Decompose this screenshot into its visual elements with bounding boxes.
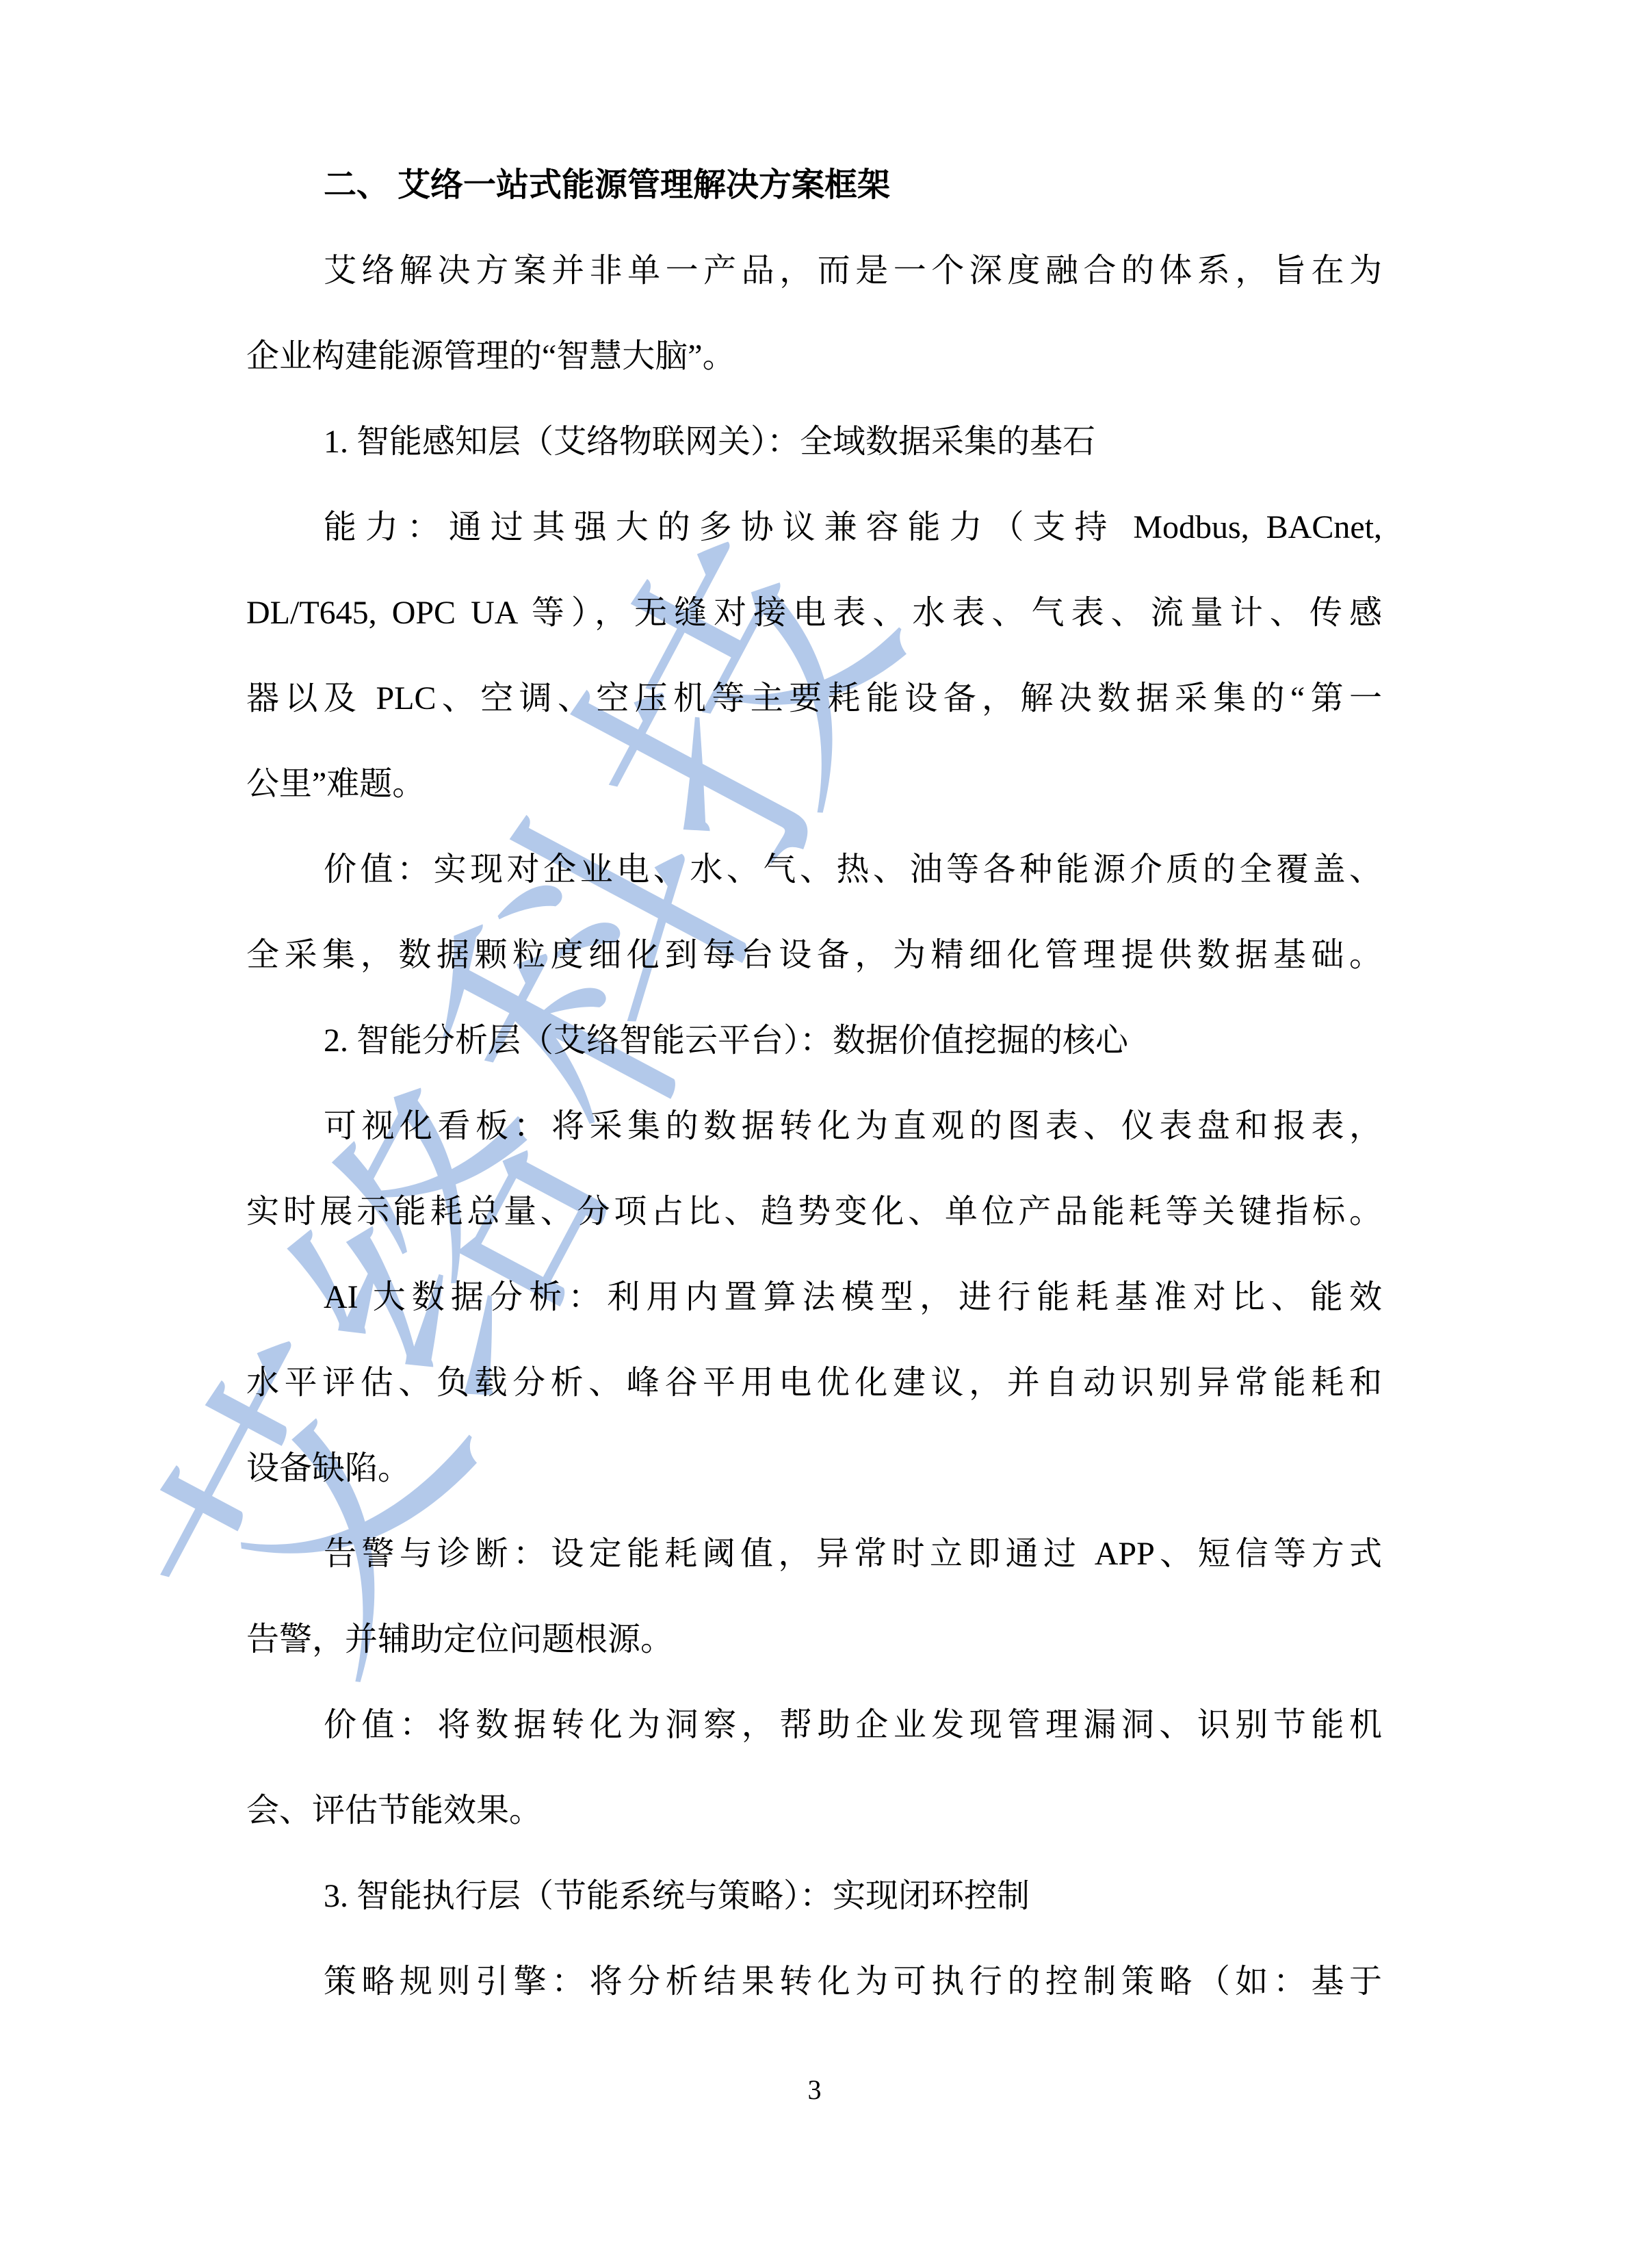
text-line: 全采集，数据颗粒度细化到每台设备，为精细化管理提供数据基础。 [246, 912, 1382, 998]
text-line: 可视化看板：将采集的数据转化为直观的图表、仪表盘和报表， [246, 1083, 1382, 1169]
text-line: 艾络解决方案并非单一产品，而是一个深度融合的体系，旨在为 [246, 228, 1382, 313]
text-line: 会、评估节能效果。 [246, 1768, 1382, 1853]
text-line: DL/T645, OPC UA 等），无缝对接电表、水表、气表、流量计、传感 [246, 570, 1382, 656]
text-line: 企业构建能源管理的“智慧大脑”。 [246, 313, 1382, 399]
text-lines: 二、 艾络一站式能源管理解决方案框架 艾络解决方案并非单一产品，而是一个深度融合… [246, 142, 1382, 2024]
text-line: 实时展示能耗总量、分项占比、趋势变化、单位产品能耗等关键指标。 [246, 1169, 1382, 1254]
text-line: 告警与诊断：设定能耗阈值，异常时立即通过 APP、短信等方式 [246, 1511, 1382, 1597]
text-line: 策略规则引擎：将分析结果转化为可执行的控制策略（如：基于 [246, 1939, 1382, 2024]
text-line: 设备缺陷。 [246, 1426, 1382, 1511]
text-line: 器以及 PLC、空调、空压机等主要耗能设备，解决数据采集的“第一 [246, 656, 1382, 741]
text-line: 2. 智能分析层（艾络智能云平台）：数据价值挖掘的核心 [246, 998, 1382, 1083]
text-line: 1. 智能感知层（艾络物联网关）：全域数据采集的基石 [246, 399, 1382, 485]
text-line: 告警，并辅助定位问题根源。 [246, 1597, 1382, 1682]
document-page: 艾络科技 二、 艾络一站式能源管理解决方案框架 艾络解决方案并非单一产品，而是一… [0, 0, 1629, 2268]
section-heading: 二、 艾络一站式能源管理解决方案框架 [246, 142, 1382, 228]
text-line: 能力：通过其强大的多协议兼容能力（支持 Modbus, BACnet, [246, 485, 1382, 570]
text-line: AI 大数据分析：利用内置算法模型，进行能耗基准对比、能效 [246, 1254, 1382, 1340]
text-line: 水平评估、负载分析、峰谷平用电优化建议，并自动识别异常能耗和 [246, 1340, 1382, 1426]
text-line: 3. 智能执行层（节能系统与策略）：实现闭环控制 [246, 1853, 1382, 1939]
page-number: 3 [0, 2070, 1629, 2111]
text-line: 价值：将数据转化为洞察，帮助企业发现管理漏洞、识别节能机 [246, 1682, 1382, 1768]
text-line: 价值：实现对企业电、水、气、热、油等各种能源介质的全覆盖、 [246, 827, 1382, 912]
text-line: 公里”难题。 [246, 741, 1382, 827]
